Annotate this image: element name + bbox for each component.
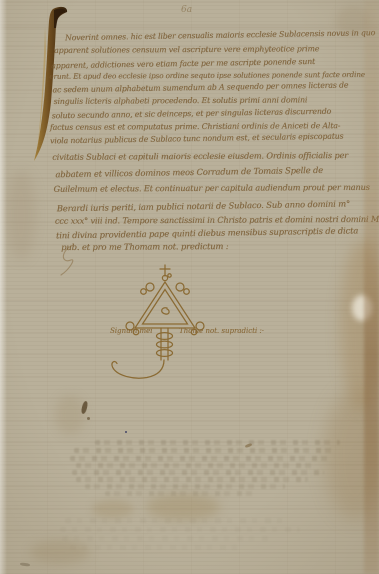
show-through-line [85, 484, 285, 489]
manuscript-text-line: ac sedem unum alphabetum sumendum ab A s… [52, 80, 348, 94]
manuscript-page: 6a Noverint omnes. hic est liber censual… [0, 0, 379, 574]
ink-fleck [87, 417, 90, 420]
manuscript-text-line: Guilelmum et electus. Et continuatur per… [53, 182, 369, 194]
manuscript-text-line: ccc xxx° viii ind. Tempore sanctissimi i… [55, 214, 379, 226]
manuscript-text-block: Noverint omnes. hic est liber censualis … [0, 0, 379, 282]
stain [55, 395, 85, 435]
torn-right-edge [364, 0, 379, 574]
ink-drip [81, 401, 89, 415]
manuscript-text-line: Berardi iuris periti, iam publici notari… [57, 198, 350, 213]
notary-sign-icon [105, 262, 217, 382]
show-through-line [65, 518, 290, 523]
manuscript-text-line: Noverint omnes. hic est liber censualis … [65, 28, 375, 42]
show-through-line [70, 545, 240, 550]
manuscript-text-line: erunt. Et apud deo ecclesie ipso ordine … [49, 70, 365, 81]
manuscript-text-line: civitatis Sublaci et capituli maioris ec… [52, 150, 348, 162]
page-left-edge [0, 0, 7, 574]
manuscript-text-line: pub. et pro me Thomam not. predictum : [61, 241, 228, 252]
show-through-line [76, 477, 308, 482]
notary-caption-right: Thome not. supradicti :· [179, 327, 264, 335]
stain [146, 494, 220, 520]
show-through-line [74, 448, 336, 453]
show-through-line [72, 470, 324, 475]
show-through-line [60, 527, 300, 532]
manuscript-text-line: abbatem et villicos dominos meos Corradu… [55, 165, 323, 179]
manuscript-text-line: soluto secundo anno, et sic deinceps, et… [52, 107, 331, 121]
show-through-line [76, 463, 316, 468]
manuscript-text-line: apparent, addictiones vero etiam facte p… [51, 57, 315, 70]
manuscript-text-line: viola notarius publicus de Sublaco tunc … [50, 131, 343, 145]
manuscript-text-line: tini divina providentia pape quinti dieb… [56, 225, 358, 240]
show-through-line [62, 536, 272, 541]
show-through-line [105, 491, 255, 496]
ink-fleck [20, 562, 30, 566]
show-through-line [95, 440, 340, 445]
manuscript-text-line: singulis licteris alphabeti procedendo. … [54, 95, 308, 106]
notary-caption-left: Signum mei [110, 327, 152, 335]
ink-fleck [125, 431, 127, 433]
show-through-line [70, 456, 328, 461]
stain [30, 540, 90, 564]
manuscript-text-line: apparent solutiones censuum vel ascriptu… [54, 44, 319, 55]
stain [92, 500, 134, 518]
manuscript-text-line: factus census est et computatus prime. C… [50, 121, 340, 132]
margin-flourish-icon [55, 242, 80, 278]
